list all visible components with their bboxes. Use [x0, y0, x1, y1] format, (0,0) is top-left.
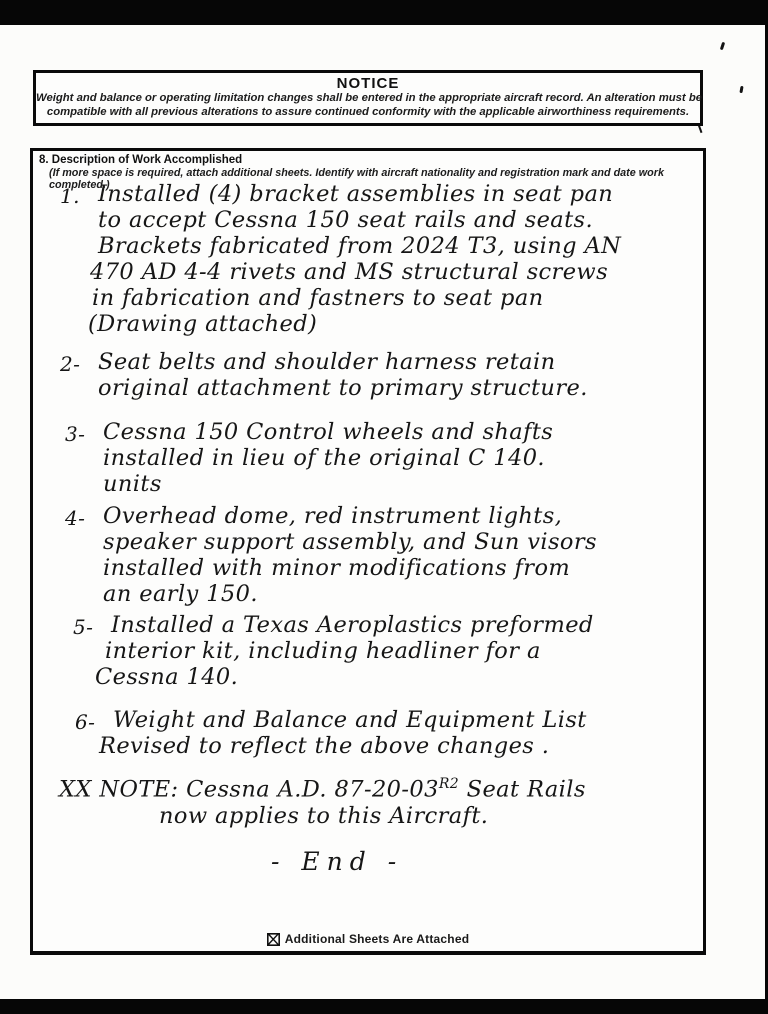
item-number: 6-: [75, 709, 95, 735]
work-description-box: 8. Description of Work Accomplished (If …: [30, 148, 706, 955]
handwritten-line: speaker support assembly, and Sun visors: [103, 529, 597, 555]
handwritten-line: Brackets fabricated from 2024 T3, using …: [98, 233, 621, 259]
item-number: 5-: [73, 614, 93, 640]
handwritten-line: XX NOTE: Cessna A.D. 87-20-03R2 Seat Rai…: [59, 771, 586, 803]
handwritten-line: Overhead dome, red instrument lights,: [103, 503, 597, 529]
section-heading: 8. Description of Work Accomplished: [39, 154, 703, 166]
handwritten-line: installed with minor modifications from: [103, 555, 597, 581]
handwritten-item-3: 3- Cessna 150 Control wheels and shafts …: [103, 419, 553, 497]
notice-body-line: Weight and balance or operating limitati…: [36, 92, 700, 106]
handwritten-line: Weight and Balance and Equipment List: [113, 707, 587, 733]
handwritten-line: an early 150.: [103, 581, 597, 607]
note-body: Cessna A.D. 87-20-03: [186, 777, 439, 803]
handwritten-line: units: [103, 471, 553, 497]
note-suffix: Seat Rails: [467, 777, 586, 803]
handwritten-line: Installed (4) bracket assemblies in seat…: [98, 181, 621, 207]
handwritten-end-mark: - End -: [271, 849, 403, 875]
handwritten-item-2: 2- Seat belts and shoulder harness retai…: [98, 349, 588, 401]
scan-artifact: [720, 42, 725, 51]
handwritten-line: installed in lieu of the original C 140.: [103, 445, 553, 471]
handwritten-line: in fabrication and fastners to seat pan: [92, 285, 621, 311]
handwritten-line: 470 AD 4-4 rivets and MS structural scre…: [90, 259, 621, 285]
handwritten-line: Revised to reflect the above changes .: [99, 733, 587, 759]
scan-edge-bottom: [0, 999, 768, 1014]
handwritten-item-5: 5- Installed a Texas Aeroplastics prefor…: [111, 612, 594, 690]
note-prefix: XX NOTE:: [59, 777, 179, 803]
additional-sheets-row: Additional Sheets Are Attached: [33, 930, 703, 948]
notice-body-line: compatible with all previous alterations…: [36, 106, 700, 120]
item-number: 3-: [65, 421, 85, 447]
handwritten-line: interior kit, including headliner for a: [105, 638, 594, 664]
checked-checkbox-icon: [267, 933, 280, 946]
handwritten-line: original attachment to primary structure…: [98, 375, 588, 401]
scan-edge-top: [0, 0, 768, 25]
note-superscript: R2: [439, 776, 459, 792]
handwritten-item-1: 1. Installed (4) bracket assemblies in s…: [98, 181, 621, 337]
notice-title: NOTICE: [36, 75, 700, 92]
handwritten-line: (Drawing attached): [88, 311, 621, 337]
handwritten-line: Installed a Texas Aeroplastics preformed: [111, 612, 594, 638]
item-number: 4-: [65, 505, 85, 531]
scan-artifact: [739, 86, 743, 93]
scanned-form-page: NOTICE Weight and balance or operating l…: [0, 0, 768, 1014]
handwritten-line: Seat belts and shoulder harness retain: [98, 349, 588, 375]
item-number: 2-: [60, 351, 80, 377]
additional-sheets-label: Additional Sheets Are Attached: [285, 932, 469, 946]
handwritten-item-6: 6- Weight and Balance and Equipment List…: [113, 707, 587, 759]
item-number: 1.: [60, 183, 80, 209]
handwritten-note: XX NOTE: Cessna A.D. 87-20-03R2 Seat Rai…: [59, 771, 586, 829]
handwritten-line: Cessna 140.: [95, 664, 594, 690]
handwritten-item-4: 4- Overhead dome, red instrument lights,…: [103, 503, 597, 607]
handwritten-line: Cessna 150 Control wheels and shafts: [103, 419, 553, 445]
handwritten-line: now applies to this Aircraft.: [159, 803, 586, 829]
handwritten-line: to accept Cessna 150 seat rails and seat…: [98, 207, 621, 233]
notice-box: NOTICE Weight and balance or operating l…: [33, 70, 703, 126]
